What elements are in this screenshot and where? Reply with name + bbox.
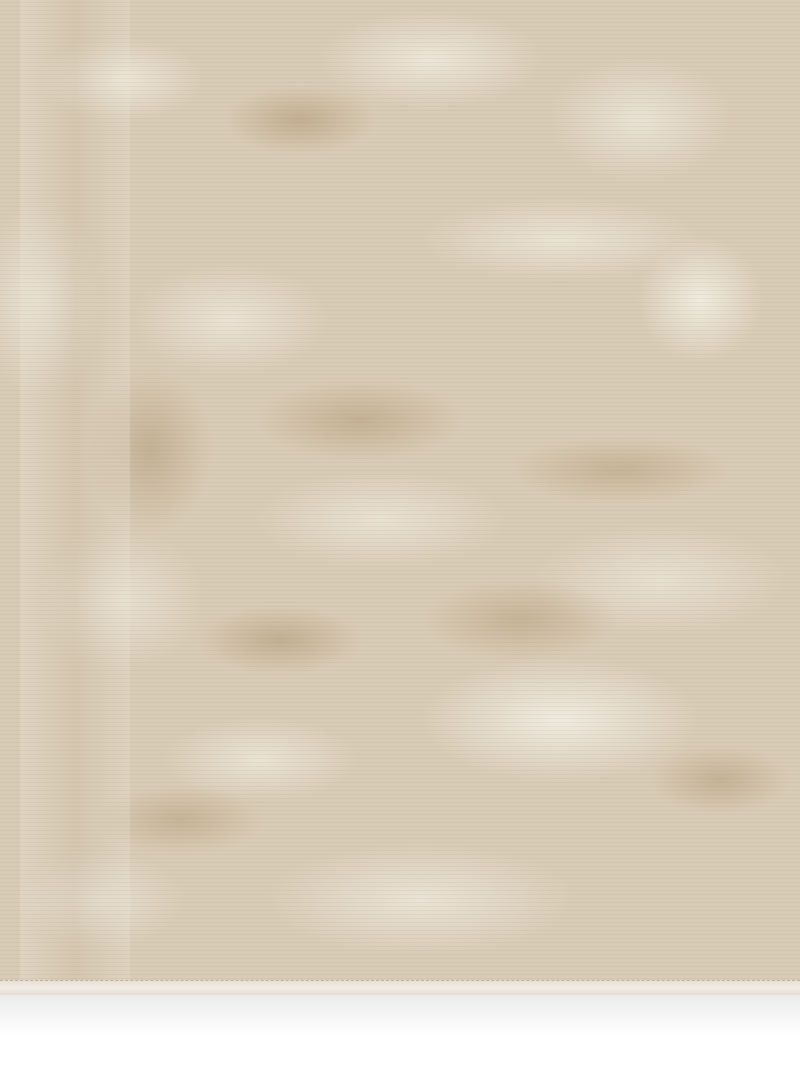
rug [0,0,800,995]
rug-edge-binding [0,980,800,995]
weave-texture [0,0,800,995]
floor-shadow [0,995,800,1035]
